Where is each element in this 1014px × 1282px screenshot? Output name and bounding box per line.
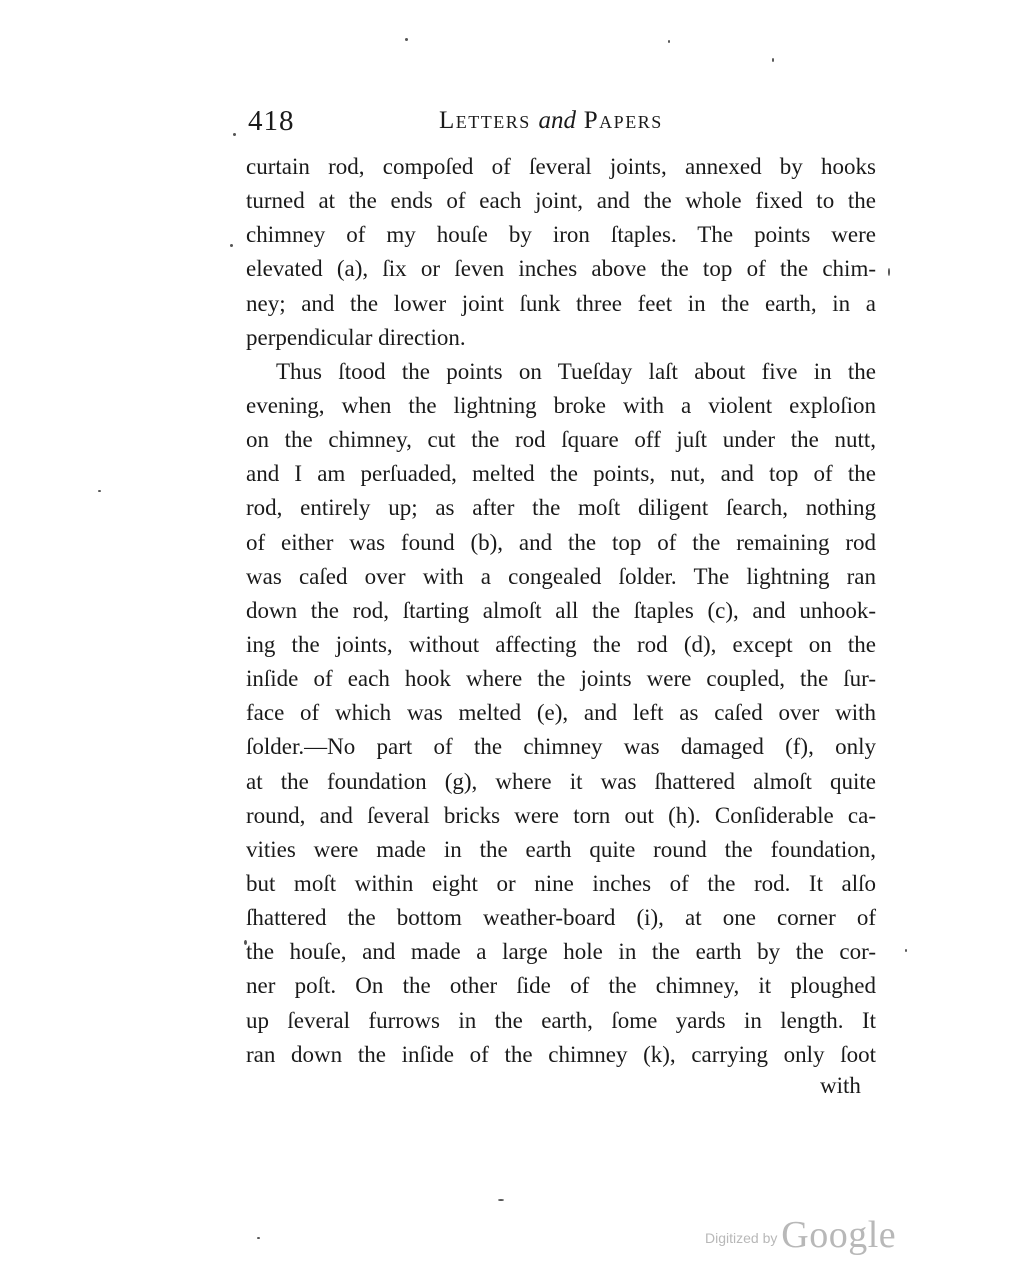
catchword: with xyxy=(820,1073,861,1099)
scan-speck xyxy=(668,40,670,43)
text-line: ing the joints, without affecting the ro… xyxy=(246,628,876,662)
text-line: but moſt within eight or nine inches of … xyxy=(246,867,876,901)
scan-speck xyxy=(772,58,774,62)
running-head: Letters and Papers xyxy=(439,107,663,135)
text-line: ſhattered the bottom weather-board (i), … xyxy=(246,901,876,935)
text-line: curtain rod, compoſed of ſeveral joints,… xyxy=(246,150,876,184)
scan-speck xyxy=(98,490,101,492)
text-line: turned at the ends of each joint, and th… xyxy=(246,184,876,218)
scan-speck xyxy=(405,38,408,41)
page-header: 418 Letters and Papers xyxy=(244,103,884,143)
text-line: ner poſt. On the other ſide of the chimn… xyxy=(246,969,876,1003)
text-line: ſolder.—No part of the chimney was damag… xyxy=(246,730,876,764)
text-line: and I am perſuaded, melted the points, n… xyxy=(246,457,876,491)
scan-speck xyxy=(244,940,247,945)
text-line: the houſe, and made a large hole in the … xyxy=(246,935,876,969)
scan-speck xyxy=(888,268,890,276)
google-logo-text: Google xyxy=(781,1214,896,1256)
text-line: was caſed over with a congealed ſolder. … xyxy=(246,560,876,594)
scan-speck xyxy=(905,949,907,952)
scan-speck xyxy=(233,133,236,136)
text-line: vities were made in the earth quite roun… xyxy=(246,833,876,867)
text-line: ney; and the lower joint ſunk three feet… xyxy=(246,287,876,321)
running-head-part2: Papers xyxy=(576,107,663,134)
scan-speck xyxy=(257,1237,260,1239)
text-line: elevated (a), ſix or ſeven inches above … xyxy=(246,252,876,286)
scan-speck xyxy=(498,1199,504,1201)
text-line: on the chimney, cut the rod ſquare off j… xyxy=(246,423,876,457)
page-number: 418 xyxy=(248,105,295,138)
text-line: rod, entirely up; as after the moſt dili… xyxy=(246,491,876,525)
scan-speck xyxy=(230,244,233,247)
text-line: of either was found (b), and the top of … xyxy=(246,526,876,560)
watermark-prefix: Digitized by xyxy=(705,1230,781,1246)
text-line: at the foundation (g), where it was ſhat… xyxy=(246,765,876,799)
text-line: down the rod, ſtarting almoſt all the ſt… xyxy=(246,594,876,628)
text-line: up ſeveral furrows in the earth, ſome ya… xyxy=(246,1004,876,1038)
paragraph-start-line: Thus ſtood the points on Tueſday laſt ab… xyxy=(246,355,876,389)
text-line: face of which was melted (e), and left a… xyxy=(246,696,876,730)
text-line: round, and ſeveral bricks were torn out … xyxy=(246,799,876,833)
running-head-italic: and xyxy=(539,107,577,134)
digitized-by-google-watermark: Digitized by Google xyxy=(705,1213,896,1257)
text-line: inſide of each hook where the joints wer… xyxy=(246,662,876,696)
text-line: ran down the inſide of the chimney (k), … xyxy=(246,1038,876,1072)
body-text: curtain rod, compoſed of ſeveral joints,… xyxy=(246,150,876,1072)
text-line: chimney of my houſe by iron ſtaples. The… xyxy=(246,218,876,252)
running-head-part1: Letters xyxy=(439,107,539,134)
scanned-book-page: 418 Letters and Papers curtain rod, comp… xyxy=(0,0,1014,1282)
text-line: evening, when the lightning broke with a… xyxy=(246,389,876,423)
text-line: perpendicular direction. xyxy=(246,321,876,355)
